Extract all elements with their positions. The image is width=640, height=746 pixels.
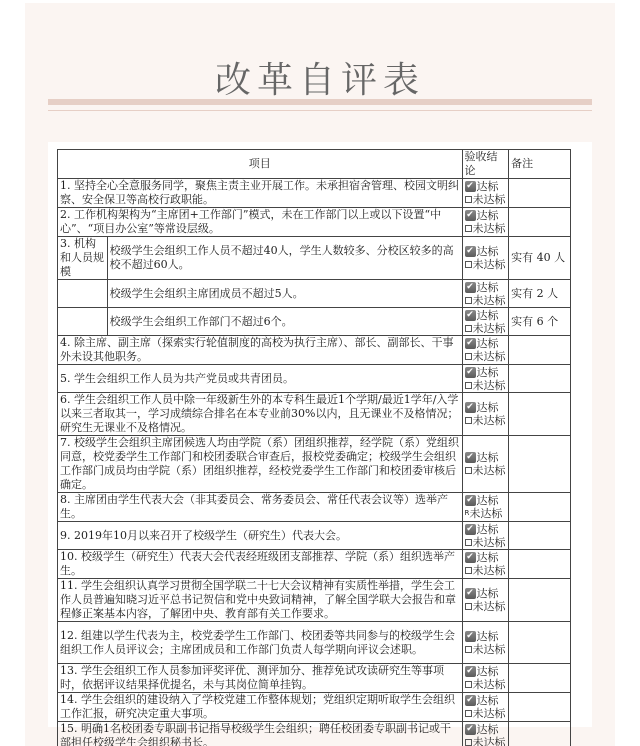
page-title: 改革自评表	[0, 52, 640, 103]
conclusion-cell: ✔达标R未达标	[462, 493, 509, 522]
remark-cell	[509, 522, 571, 550]
option-fail[interactable]: 未达标	[465, 414, 507, 427]
checkbox-empty-icon[interactable]	[465, 646, 472, 653]
checkbox-empty-icon[interactable]	[465, 417, 472, 424]
checkbox-checked-icon[interactable]: ✔	[465, 524, 476, 535]
option-fail[interactable]: 未达标	[465, 678, 507, 691]
option-fail-label: 未达标	[473, 294, 506, 307]
option-fail-label: 未达标	[473, 379, 506, 392]
option-fail[interactable]: 未达标	[465, 193, 507, 206]
evaluation-table: 项目 验收结论 备注 1. 坚持全心全意服务同学，聚焦主责主业开展工作。未承担宿…	[57, 149, 571, 746]
checkbox-empty-icon[interactable]	[465, 603, 472, 610]
item-category-label	[58, 280, 108, 308]
checkbox-checked-icon[interactable]: ✔	[465, 588, 476, 599]
table-row: 9. 2019年10月以来召开了校级学生（研究生）代表大会。✔达标未达标	[58, 522, 571, 550]
item-text: 13. 学生会组织工作人员参加评奖评优、测评加分、推荐免试攻读研究生等事项时，依…	[58, 664, 463, 693]
table-row: 14. 学生会组织的建设纳入了学校党建工作整体规划；党组织定期听取学生会组织工作…	[58, 693, 571, 722]
option-fail-label: 未达标	[473, 322, 506, 335]
option-fail-label: 未达标	[469, 507, 502, 520]
table-row: 校级学生会组织主席团成员不超过5人。✔达标未达标实有 2 人	[58, 280, 571, 308]
option-pass-label: 达标	[477, 494, 499, 507]
option-fail[interactable]: 未达标	[465, 643, 507, 656]
option-pass[interactable]: ✔达标	[465, 451, 507, 464]
conclusion-cell: ✔达标未达标	[462, 208, 509, 237]
option-pass[interactable]: ✔达标	[465, 551, 507, 564]
item-text: 1. 坚持全心全意服务同学，聚焦主责主业开展工作。未承担宿舍管理、校园文明纠察、…	[58, 179, 463, 208]
option-pass[interactable]: ✔达标	[465, 523, 507, 536]
table-row: 4. 除主席、副主席（探索实行轮值制度的高校为执行主席）、部长、副部长、干事外未…	[58, 336, 571, 365]
option-pass-label: 达标	[477, 694, 499, 707]
option-fail[interactable]: R未达标	[465, 507, 507, 520]
conclusion-cell: ✔达标未达标	[462, 436, 509, 493]
option-fail[interactable]: 未达标	[465, 350, 507, 363]
item-text: 10. 校级学生（研究生）代表大会代表经班级团支部推荐、学院（系）组织选举产生。	[58, 550, 463, 579]
table-row: 5. 学生会组织工作人员为共产党员或共青团员。✔达标未达标	[58, 365, 571, 393]
table-row: 15. 明确1名校团委专职副书记指导校级学生会组织；聘任校团委专职副书记或干部担…	[58, 722, 571, 746]
table-row: 2. 工作机构架构为“主席团+工作部门”模式，未在工作部门以上或以下设置“中心”…	[58, 208, 571, 237]
item-text: 14. 学生会组织的建设纳入了学校党建工作整体规划；党组织定期听取学生会组织工作…	[58, 693, 463, 722]
option-pass[interactable]: ✔达标	[465, 209, 507, 222]
checkbox-checked-icon[interactable]: ✔	[465, 452, 476, 463]
option-pass-label: 达标	[477, 630, 499, 643]
checkbox-checked-icon[interactable]: ✔	[465, 246, 476, 257]
remark-cell	[509, 365, 571, 393]
option-pass-label: 达标	[477, 523, 499, 536]
option-fail-label: 未达标	[473, 564, 506, 577]
option-fail-label: 未达标	[473, 350, 506, 363]
table-row: 7. 校级学生会组织主席团候选人均由学院（系）团组织推荐，经学院（系）党组织同意…	[58, 436, 571, 493]
header-conclusion: 验收结论	[462, 150, 509, 179]
item-text: 校级学生会组织主席团成员不超过5人。	[107, 280, 462, 308]
item-text: 校级学生会组织工作人员不超过40人，学生人数较多、分校区较多的高校不超过60人。	[107, 237, 462, 280]
conclusion-cell: ✔达标未达标	[462, 179, 509, 208]
checkbox-empty-icon[interactable]	[465, 196, 472, 203]
option-fail-label: 未达标	[473, 414, 506, 427]
option-fail-label: 未达标	[473, 600, 506, 613]
title-divider-thick	[48, 99, 592, 105]
checkbox-empty-icon[interactable]	[465, 382, 472, 389]
conclusion-cell: ✔达标未达标	[462, 308, 509, 336]
checkbox-empty-icon[interactable]	[465, 739, 472, 746]
option-pass-label: 达标	[477, 180, 499, 193]
table-row: 3. 机构和人员规模校级学生会组织工作人员不超过40人，学生人数较多、分校区较多…	[58, 237, 571, 280]
option-fail[interactable]: 未达标	[465, 536, 507, 549]
header-remark: 备注	[509, 150, 571, 179]
option-fail[interactable]: 未达标	[465, 707, 507, 720]
remark-cell: 实有 6 个	[509, 308, 571, 336]
checkbox-checked-icon[interactable]: ✔	[465, 695, 476, 706]
checkbox-empty-icon[interactable]	[465, 353, 472, 360]
checkbox-empty-icon[interactable]	[465, 681, 472, 688]
remark-cell	[509, 622, 571, 664]
table-row: 10. 校级学生（研究生）代表大会代表经班级团支部推荐、学院（系）组织选举产生。…	[58, 550, 571, 579]
option-fail[interactable]: 未达标	[465, 736, 507, 746]
option-fail[interactable]: 未达标	[465, 464, 507, 477]
conclusion-cell: ✔达标未达标	[462, 550, 509, 579]
conclusion-cell: ✔达标未达标	[462, 393, 509, 436]
option-pass[interactable]: ✔达标	[465, 494, 507, 507]
item-text: 7. 校级学生会组织主席团候选人均由学院（系）团组织推荐，经学院（系）党组织同意…	[58, 436, 463, 493]
option-pass[interactable]: ✔达标	[465, 337, 507, 350]
remark-cell	[509, 336, 571, 365]
conclusion-cell: ✔达标未达标	[462, 280, 509, 308]
option-pass[interactable]: ✔达标	[465, 587, 507, 600]
item-text: 校级学生会组织工作部门不超过6个。	[107, 308, 462, 336]
checkbox-empty-icon[interactable]	[465, 261, 472, 268]
option-pass-label: 达标	[477, 245, 499, 258]
item-category-label	[58, 308, 108, 336]
item-text: 4. 除主席、副主席（探索实行轮值制度的高校为执行主席）、部长、副部长、干事外未…	[58, 336, 463, 365]
remark-cell	[509, 393, 571, 436]
header-item: 项目	[58, 150, 463, 179]
table-row: 6. 学生会组织工作人员中除一年级新生外的本专科生最近1个学期/最近1学年/入学…	[58, 393, 571, 436]
table-row: 1. 坚持全心全意服务同学，聚焦主责主业开展工作。未承担宿舍管理、校园文明纠察、…	[58, 179, 571, 208]
remark-cell	[509, 664, 571, 693]
option-fail-label: 未达标	[473, 464, 506, 477]
option-fail[interactable]: 未达标	[465, 600, 507, 613]
conclusion-cell: ✔达标未达标	[462, 365, 509, 393]
remark-cell: 实有 40 人	[509, 237, 571, 280]
checkbox-empty-icon[interactable]	[465, 467, 472, 474]
conclusion-cell: ✔达标未达标	[462, 522, 509, 550]
remark-cell	[509, 550, 571, 579]
option-pass-label: 达标	[477, 551, 499, 564]
checkbox-empty-icon[interactable]	[465, 539, 472, 546]
option-fail[interactable]: 未达标	[465, 564, 507, 577]
option-pass[interactable]: ✔达标	[465, 723, 507, 736]
option-pass[interactable]: ✔达标	[465, 366, 507, 379]
option-pass-label: 达标	[477, 209, 499, 222]
option-pass[interactable]: ✔达标	[465, 401, 507, 414]
option-fail[interactable]: 未达标	[465, 222, 507, 235]
option-fail-label: 未达标	[473, 707, 506, 720]
option-fail-label: 未达标	[473, 678, 506, 691]
option-pass-label: 达标	[477, 337, 499, 350]
conclusion-cell: ✔达标未达标	[462, 237, 509, 280]
option-fail-label: 未达标	[473, 193, 506, 206]
remark-cell	[509, 493, 571, 522]
item-text: 6. 学生会组织工作人员中除一年级新生外的本专科生最近1个学期/最近1学年/入学…	[58, 393, 463, 436]
conclusion-cell: ✔达标未达标	[462, 722, 509, 746]
checkbox-empty-icon[interactable]	[465, 225, 472, 232]
checkbox-checked-icon[interactable]: ✔	[465, 338, 476, 349]
remark-cell	[509, 179, 571, 208]
option-pass[interactable]: ✔达标	[465, 245, 507, 258]
item-text: 8. 主席团由学生代表大会（非其委员会、常务委员会、常任代表会议等）选举产生。	[58, 493, 463, 522]
table-row: 校级学生会组织工作部门不超过6个。✔达标未达标实有 6 个	[58, 308, 571, 336]
option-fail[interactable]: 未达标	[465, 379, 507, 392]
option-fail-label: 未达标	[473, 536, 506, 549]
checkbox-checked-icon[interactable]: ✔	[465, 631, 476, 642]
option-fail-label: 未达标	[473, 736, 506, 746]
option-fail[interactable]: 未达标	[465, 258, 507, 271]
option-fail[interactable]: 未达标	[465, 322, 507, 335]
option-fail[interactable]: 未达标	[465, 294, 507, 307]
remark-cell: 实有 2 人	[509, 280, 571, 308]
table-header-row: 项目 验收结论 备注	[58, 150, 571, 179]
option-pass[interactable]: ✔达标	[465, 665, 507, 678]
option-pass-label: 达标	[477, 665, 499, 678]
option-fail-label: 未达标	[473, 643, 506, 656]
remark-cell	[509, 693, 571, 722]
remark-cell	[509, 579, 571, 622]
option-pass-label: 达标	[477, 281, 499, 294]
option-pass-label: 达标	[477, 366, 499, 379]
option-pass[interactable]: ✔达标	[465, 694, 507, 707]
checkbox-checked-icon[interactable]: ✔	[465, 210, 476, 221]
checkbox-checked-icon[interactable]: ✔	[465, 310, 476, 321]
checkbox-checked-icon[interactable]: ✔	[465, 552, 476, 563]
option-pass[interactable]: ✔达标	[465, 281, 507, 294]
item-text: 2. 工作机构架构为“主席团+工作部门”模式，未在工作部门以上或以下设置“中心”…	[58, 208, 463, 237]
checkbox-checked-icon[interactable]: ✔	[465, 402, 476, 413]
option-pass-label: 达标	[477, 587, 499, 600]
checkbox-empty-icon[interactable]	[465, 567, 472, 574]
option-pass[interactable]: ✔达标	[465, 630, 507, 643]
table-row: 12. 组建以学生代表为主，校党委学生工作部门、校团委等共同参与的校级学生会组织…	[58, 622, 571, 664]
option-pass-label: 达标	[477, 401, 499, 414]
table-row: 11. 学生会组织认真学习贯彻全国学联二十七大会议精神有实质性举措，学生会工作人…	[58, 579, 571, 622]
conclusion-cell: ✔达标未达标	[462, 336, 509, 365]
option-fail-label: 未达标	[473, 222, 506, 235]
checkbox-checked-icon[interactable]: ✔	[465, 495, 476, 506]
remark-cell	[509, 436, 571, 493]
checkbox-checked-icon[interactable]: ✔	[465, 666, 476, 677]
conclusion-cell: ✔达标未达标	[462, 579, 509, 622]
checkbox-empty-icon[interactable]	[465, 710, 472, 717]
checkbox-checked-icon[interactable]: ✔	[465, 367, 476, 378]
checkbox-checked-icon[interactable]: ✔	[465, 282, 476, 293]
option-pass[interactable]: ✔达标	[465, 180, 507, 193]
conclusion-cell: ✔达标未达标	[462, 622, 509, 664]
checkbox-empty-icon[interactable]	[465, 297, 472, 304]
checkbox-checked-icon[interactable]: ✔	[465, 724, 476, 735]
conclusion-cell: ✔达标未达标	[462, 693, 509, 722]
item-text: 5. 学生会组织工作人员为共产党员或共青团员。	[58, 365, 463, 393]
remark-cell	[509, 208, 571, 237]
option-pass-label: 达标	[477, 723, 499, 736]
table-row: 13. 学生会组织工作人员参加评奖评优、测评加分、推荐免试攻读研究生等事项时，依…	[58, 664, 571, 693]
item-text: 11. 学生会组织认真学习贯彻全国学联二十七大会议精神有实质性举措，学生会工作人…	[58, 579, 463, 622]
option-fail-label: 未达标	[473, 258, 506, 271]
option-pass[interactable]: ✔达标	[465, 309, 507, 322]
option-pass-label: 达标	[477, 451, 499, 464]
checkbox-empty-icon[interactable]	[465, 325, 472, 332]
table-row: 8. 主席团由学生代表大会（非其委员会、常务委员会、常任代表会议等）选举产生。✔…	[58, 493, 571, 522]
item-text: 15. 明确1名校团委专职副书记指导校级学生会组织；聘任校团委专职副书记或干部担…	[58, 722, 463, 746]
checkbox-checked-icon[interactable]: ✔	[465, 181, 476, 192]
item-category-label: 3. 机构和人员规模	[58, 237, 108, 280]
item-text: 12. 组建以学生代表为主，校党委学生工作部门、校团委等共同参与的校级学生会组织…	[58, 622, 463, 664]
conclusion-cell: ✔达标未达标	[462, 664, 509, 693]
item-text: 9. 2019年10月以来召开了校级学生（研究生）代表大会。	[58, 522, 463, 550]
title-divider-thin	[48, 110, 592, 111]
option-pass-label: 达标	[477, 309, 499, 322]
remark-cell	[509, 722, 571, 746]
